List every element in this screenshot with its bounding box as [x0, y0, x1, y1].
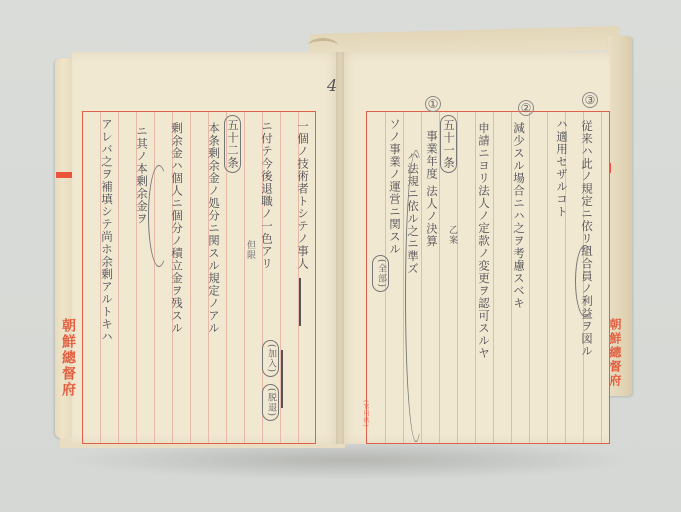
- pencil-bracket: [405, 150, 427, 442]
- binding-string: [308, 38, 338, 53]
- handwritten-column: 一個ノ技術者トシテノ事人: [296, 120, 309, 270]
- ruling-line: [475, 112, 476, 443]
- pencil-bracket: [148, 165, 170, 267]
- handwritten-column: 本条剰余金ノ処分ニ関スル規定ノアル: [207, 122, 220, 335]
- circled-marker: ②: [518, 100, 534, 116]
- margin-note: 乙案: [445, 225, 458, 245]
- margin-note: (全部): [372, 255, 389, 292]
- circled-marker: ③: [582, 92, 598, 108]
- circled-marker: ①: [425, 96, 441, 112]
- ruling-line: [190, 112, 191, 443]
- handwritten-column: ハ適用セザルコト: [555, 118, 568, 218]
- ruling-line: [403, 112, 404, 443]
- handwritten-column: アレバ之ヲ補填シテ尚ホ余剰アルトキハ: [100, 118, 113, 343]
- margin-note: (加入): [262, 340, 279, 377]
- handwritten-column: ニ付テ今後退職ノ一色アリ: [260, 120, 273, 270]
- page-number: 4: [327, 76, 337, 95]
- margin-note: 但限: [243, 240, 256, 260]
- handwritten-column-boxed: 五十一条: [440, 115, 457, 173]
- handwritten-column: ニ其ノ本剰余金ヲ: [135, 125, 148, 225]
- pencil-bracket: [575, 245, 595, 317]
- strikethrough-mark: [299, 278, 301, 326]
- handwritten-column: 従来ハ此ノ規定ニ依リ組合員ノ利益ヲ図ル: [580, 120, 593, 358]
- handwritten-column: 事業年度 法人ノ決算: [425, 130, 438, 247]
- ruling-line: [154, 112, 155, 443]
- handwritten-column: ソノ事業ノ運営ニ関スル: [388, 118, 401, 256]
- government-stamp-right: 朝鮮總督府: [607, 318, 624, 388]
- margin-note: (脱退): [262, 384, 279, 421]
- ruling-line: [529, 112, 530, 443]
- ruling-line: [118, 112, 119, 443]
- paper-footer-mark: (官用紙): [361, 400, 370, 428]
- ruling-line: [457, 112, 458, 443]
- handwritten-column: 申請ニヨリ法人ノ定款ノ変更ヲ認可スルヤ: [477, 122, 490, 360]
- handwritten-column-boxed: 五十二条: [224, 115, 241, 173]
- book-gutter: [336, 52, 344, 444]
- handwritten-column: 剰余金ハ個人ニ個分ノ積立金ヲ残スル: [170, 122, 183, 335]
- ruling-line: [547, 112, 548, 443]
- ruling-line: [601, 112, 602, 443]
- government-stamp-left: 朝鮮總督府: [58, 318, 78, 398]
- ruling-line: [493, 112, 494, 443]
- ruling-line: [244, 112, 245, 443]
- handwritten-column: 減少スル場合ニハ之ヲ考慮スベキ: [512, 122, 525, 310]
- strikethrough-mark: [281, 350, 283, 408]
